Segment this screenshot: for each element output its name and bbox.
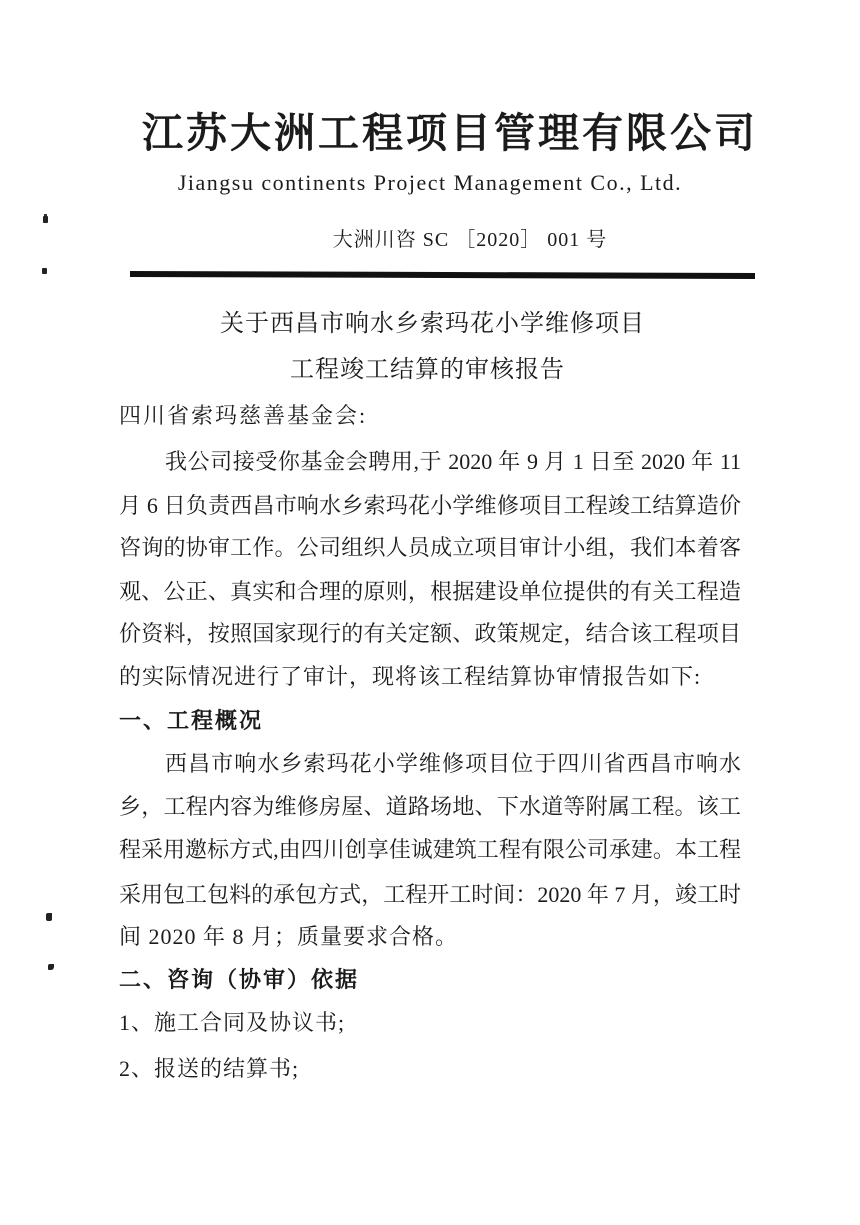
salutation: 四川省索玛慈善基金会: bbox=[119, 401, 741, 435]
paragraph2-line: 西昌市响水乡索玛花小学维修项目位于四川省西昌市响水 bbox=[119, 749, 741, 783]
paragraph1-line: 的实际情况进行了审计，现将该工程结算协审情报告如下: bbox=[119, 662, 741, 696]
document-reference-number: 大洲川咨 SC ［2020］ 001 号 bbox=[80, 227, 860, 253]
basis-list-item-2: 2、报送的结算书; bbox=[119, 1054, 741, 1088]
section-heading-1: 一、工程概况 bbox=[119, 706, 741, 740]
ink-speck bbox=[48, 964, 54, 970]
paragraph2-line: 程采用邀标方式,由四川创享佳诚建筑工程有限公司承建。本工程 bbox=[119, 835, 741, 869]
paragraph1-line: 价资料，按照国家现行的有关定额、政策规定，结合该工程项目 bbox=[119, 619, 741, 653]
letterhead-divider-rule bbox=[130, 271, 755, 279]
document-title-line1: 关于西昌市响水乡索玛花小学维修项目 bbox=[220, 308, 645, 340]
ink-speck bbox=[46, 913, 52, 921]
ink-speck bbox=[42, 268, 47, 274]
paragraph1-line: 观、公正、真实和合理的原则，根据建设单位提供的有关工程造 bbox=[119, 577, 741, 611]
basis-list-item-1: 1、施工合同及协议书; bbox=[119, 1008, 741, 1042]
paragraph1-line: 咨询的协审工作。公司组织人员成立项目审计小组，我们本着客 bbox=[119, 533, 741, 567]
ink-speck bbox=[43, 216, 48, 223]
company-name-english: Jiangsu continents Project Management Co… bbox=[0, 170, 860, 196]
section-heading-2: 二、咨询（协审）依据 bbox=[119, 965, 741, 999]
scanned-document-page: 江苏大洲工程项目管理有限公司 Jiangsu continents Projec… bbox=[0, 0, 860, 1225]
paragraph2-line: 间 2020 年 8 月；质量要求合格。 bbox=[119, 922, 741, 956]
paragraph2-line: 乡，工程内容为维修房屋、道路场地、下水道等附属工程。该工 bbox=[119, 792, 741, 826]
paragraph1-line: 月 6 日负责西昌市响水乡索玛花小学维修项目工程竣工结算造价 bbox=[119, 491, 741, 525]
paragraph2-line: 采用包工包料的承包方式，工程开工时间：2020 年 7 月，竣工时 bbox=[119, 880, 741, 914]
document-title-line2: 工程竣工结算的审核报告 bbox=[290, 354, 565, 386]
company-name-chinese: 江苏大洲工程项目管理有限公司 bbox=[40, 110, 860, 156]
paragraph1-line: 我公司接受你基金会聘用,于 2020 年 9 月 1 日至 2020 年 11 bbox=[119, 447, 741, 481]
